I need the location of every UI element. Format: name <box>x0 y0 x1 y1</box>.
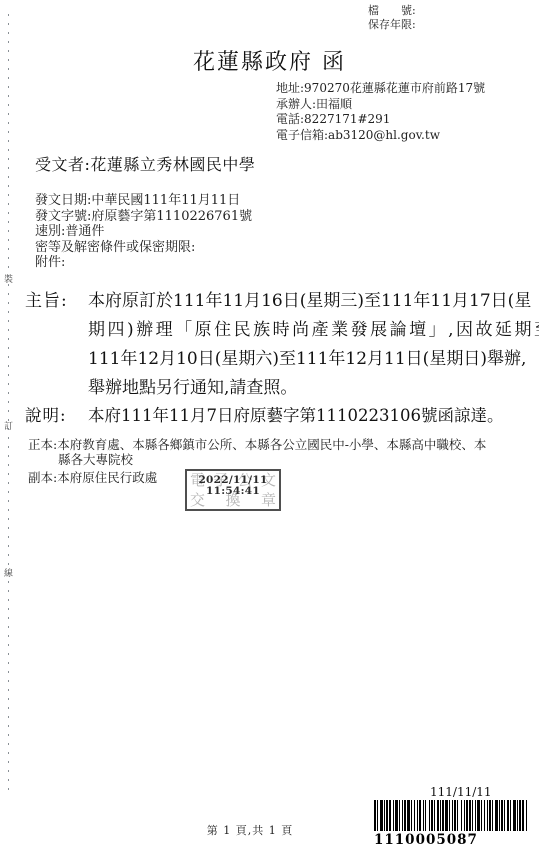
document-title: 花蓮縣政府 函 <box>0 45 539 76</box>
stamp-time: 11:54:41 <box>187 486 279 497</box>
explanation-content: 本府111年11月7日府原藝字第1110223106號函諒達。 <box>88 404 503 428</box>
explanation-paragraph: 說明: 本府111年11月7日府原藝字第1110223106號函諒達。 <box>25 404 503 428</box>
issue-date-line: 發文日期:中華民國111年11月11日 <box>35 193 252 209</box>
subject-paragraph: 主旨: 本府原訂於111年11月16日(星期三)至111年11月17日(星 期四… <box>25 287 539 403</box>
barcode-date: 111/11/11 <box>374 786 528 799</box>
barcode <box>374 800 528 831</box>
subject-line: 本府原訂於111年11月16日(星期三)至111年11月17日(星 <box>88 287 539 316</box>
barcode-number: 1110005087 <box>374 832 528 848</box>
doc-number-line: 發文字號:府原藝字第1110226761號 <box>35 209 252 225</box>
subject-content: 本府原訂於111年11月16日(星期三)至111年11月17日(星 期四)辦理「… <box>88 287 539 403</box>
subject-line: 舉辦地點另行通知,請查照。 <box>88 374 539 403</box>
security-line: 密等及解密條件或保密期限: <box>35 240 252 256</box>
meta-block: 發文日期:中華民國111年11月11日 發文字號:府原藝字第1110226761… <box>35 193 252 271</box>
retention-period-label: 保存年限: <box>368 18 416 32</box>
official-letter-page: 裝 訂 線 檔 號: 保存年限: 花蓮縣政府 函 地址:970270花蓮縣花蓮市… <box>0 0 539 854</box>
subject-line: 期四)辦理「原住民族時尚產業發展論壇」,因故延期至 <box>88 316 539 345</box>
contact-email: 電子信箱:ab3120@hl.gov.tw <box>276 128 485 144</box>
binding-mark-zhuang: 裝 <box>4 276 13 285</box>
binding-mark-ding: 訂 <box>4 423 13 432</box>
contact-person: 承辦人:田福順 <box>276 97 485 113</box>
contact-address: 地址:970270花蓮縣花蓮市府前路17號 <box>276 81 485 97</box>
recipient-line: 受文者:花蓮縣立秀林國民中學 <box>35 152 255 175</box>
binding-dotted-line <box>8 14 9 796</box>
explanation-label: 說明: <box>25 404 88 428</box>
file-number-label: 檔 號: <box>368 4 416 18</box>
speed-line: 速別:普通件 <box>35 224 252 240</box>
contact-phone: 電話:8227171#291 <box>276 112 485 128</box>
page-number-info: 第 1 頁,共 1 頁 <box>190 822 310 838</box>
original-copy-line-wrap: 縣各大專院校 <box>58 452 133 467</box>
attachment-line: 附件: <box>35 255 252 271</box>
original-copy-line: 正本:本府教育處、本縣各鄉鎮市公所、本縣各公立國民中-小學、本縣高中職校、本 <box>28 437 486 452</box>
cc-copy-line: 副本:本府原住民行政處 <box>28 470 157 485</box>
electronic-exchange-stamp: 電子公文 交換章 2022/11/11 11:54:41 <box>185 469 281 511</box>
binding-mark-xian: 線 <box>4 570 13 579</box>
subject-line: 111年12月10日(星期六)至111年12月11日(星期日)舉辦, <box>88 345 539 374</box>
file-info-block: 檔 號: 保存年限: <box>368 4 416 32</box>
subject-label: 主旨: <box>25 287 88 316</box>
barcode-block: 111/11/11 1110005087 <box>374 786 528 848</box>
contact-block: 地址:970270花蓮縣花蓮市府前路17號 承辦人:田福順 電話:8227171… <box>276 81 485 143</box>
